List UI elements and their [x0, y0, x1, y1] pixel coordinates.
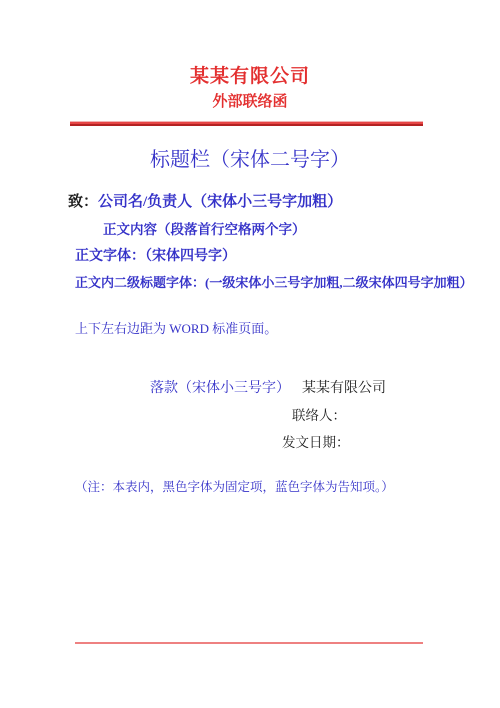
document-title: 标题栏（宋体二号字）	[0, 143, 500, 172]
body-font-note: 正文字体：（宋体四号字）	[75, 245, 236, 265]
footer-rule	[75, 642, 423, 644]
footer-note: （注：本表内，黑色字体为固定项，蓝色字体为告知项。）	[75, 477, 394, 495]
body-paragraph-indent-note: 正文内容（段落首行空格两个字）	[103, 218, 306, 238]
document-page: 某某有限公司 外部联络函 标题栏（宋体二号字） 致：公司名/负责人（宋体小三号字…	[0, 0, 500, 708]
header-thick-thin-rule	[70, 121, 423, 126]
signature-row: 落款（宋体小三号字）某某有限公司	[150, 377, 386, 397]
contact-person-label: 联络人：	[292, 404, 346, 424]
signature-company: 某某有限公司	[302, 381, 386, 396]
body-subheading-font-note: 正文内二级标题字体：(一级宋体小三号字加粗,二级宋体四号字加粗）	[75, 272, 473, 291]
company-title: 某某有限公司	[0, 61, 500, 88]
body-margin-note: 上下左右边距为 WORD 标准页面。	[75, 318, 277, 337]
doc-type-subtitle: 外部联络函	[0, 90, 500, 111]
to-line: 致：公司名/负责人（宋体小三号字加粗）	[68, 190, 342, 211]
issue-date-label: 发文日期：	[282, 431, 350, 451]
to-value: 公司名/负责人（宋体小三号字加粗）	[98, 194, 342, 210]
to-label: 致：	[68, 194, 98, 210]
signature-label: 落款（宋体小三号字）	[150, 381, 290, 396]
